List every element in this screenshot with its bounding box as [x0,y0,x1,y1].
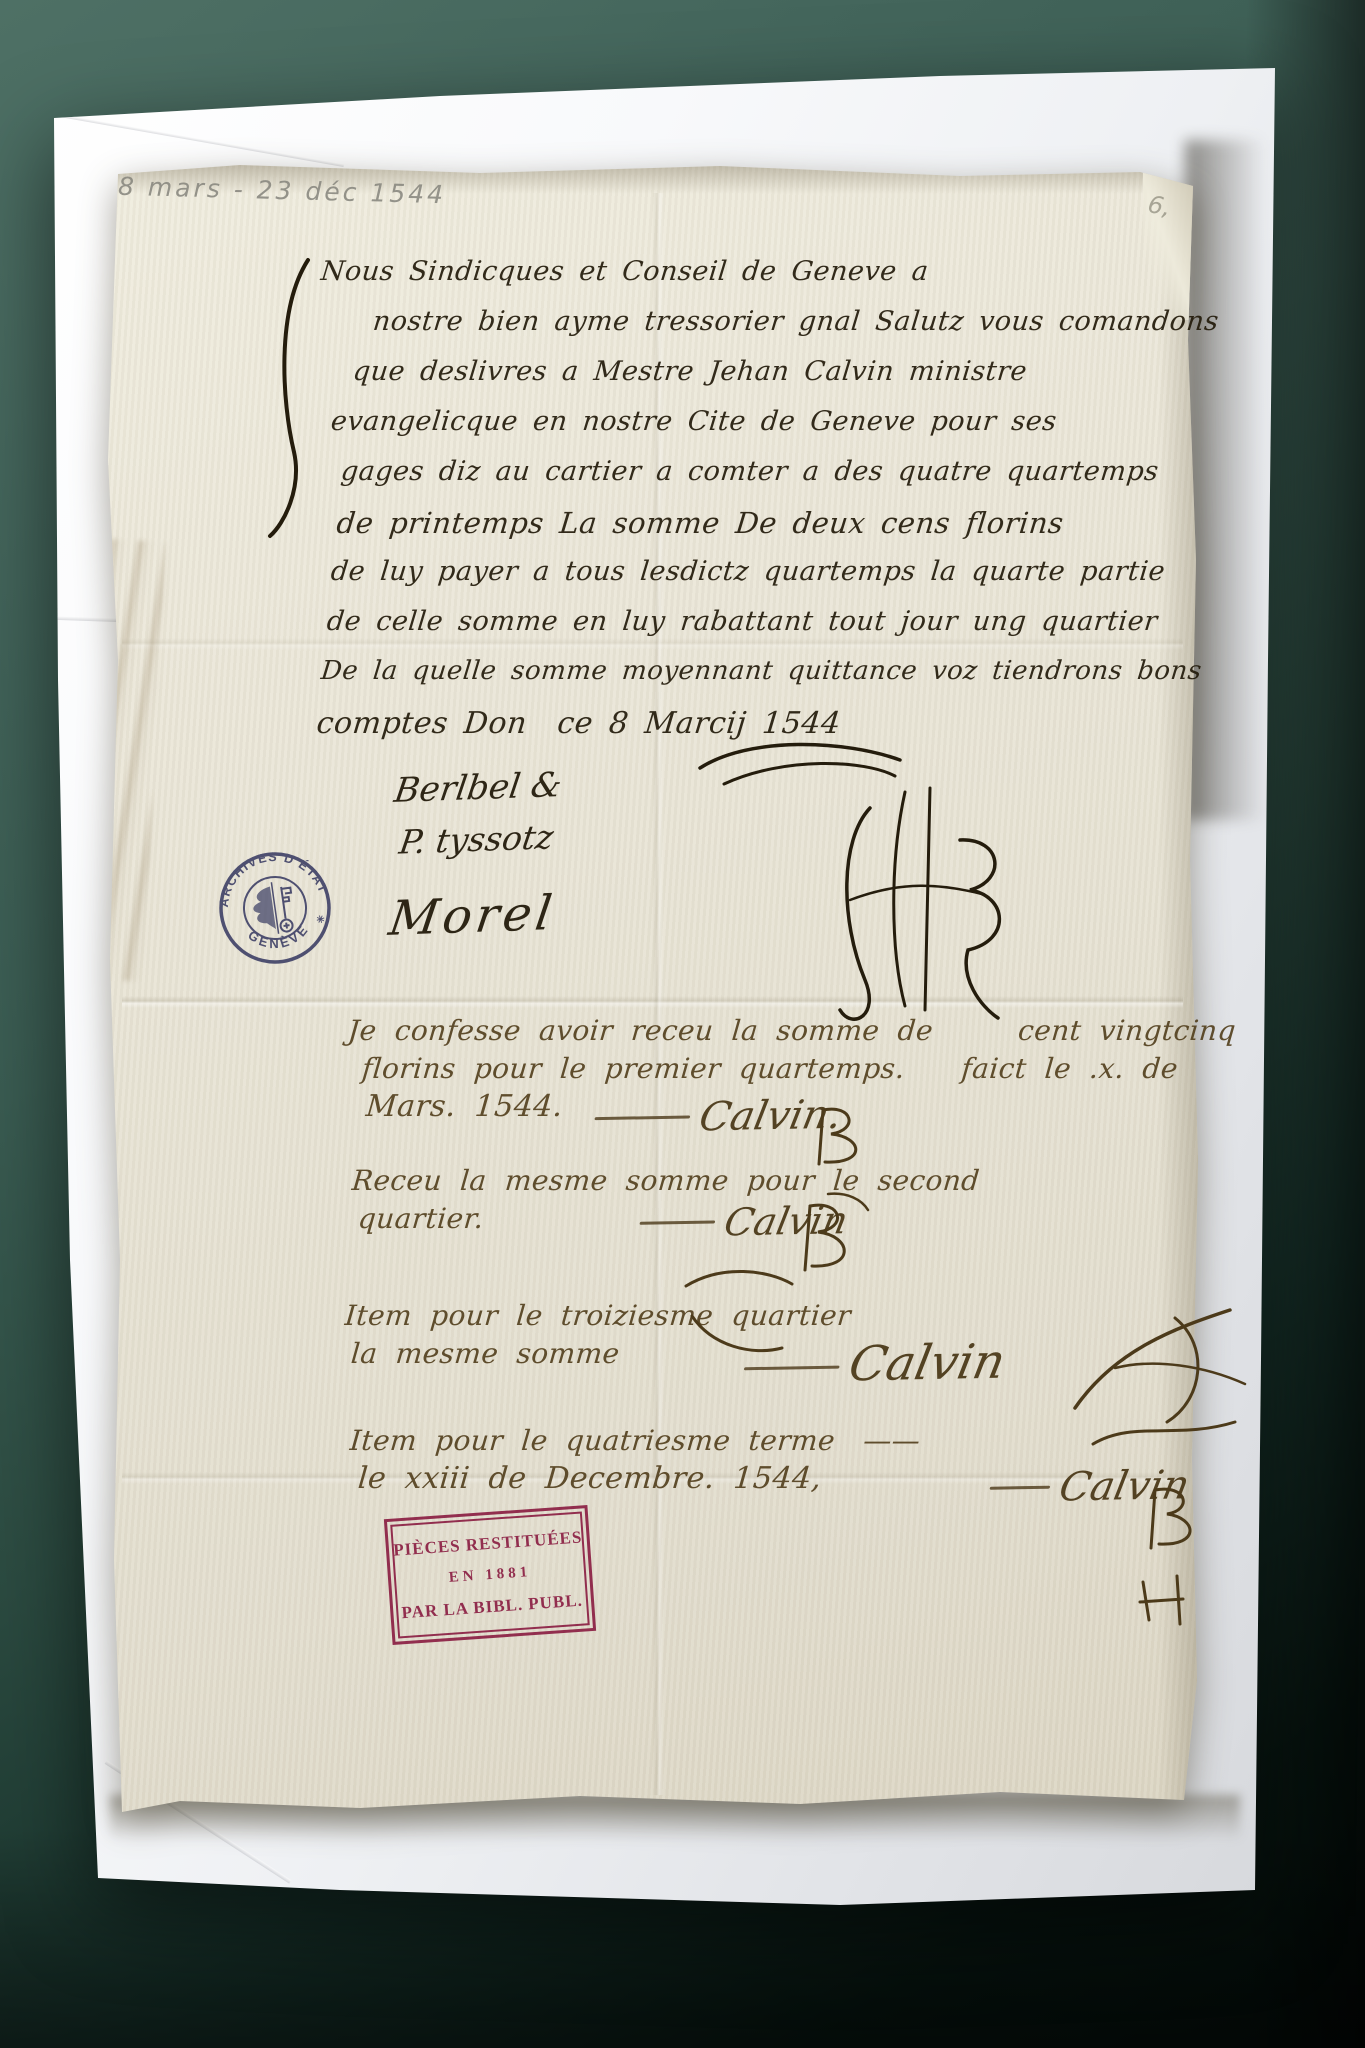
receipt-line: le xxiii de Decembre. 1544, [356,1460,922,1498]
body-line: evangelicque en nostre Cite de Geneve po… [327,406,1042,456]
photo-background: 8 mars - 23 déc 1544 6, Nous Sindicques … [0,0,1365,2048]
key-icon [275,886,296,933]
svg-text:GENÈVE: GENÈVE [244,919,315,955]
body-line-dated: comptes Don ce 8 Marcij 1544 [313,706,1042,756]
secretary-paraph [810,778,1020,1048]
receipt-line: Receu la mesme somme pour le second [350,1162,981,1200]
archive-stamp-text-bottom: GENÈVE [244,919,315,955]
geneva-coat-of-arms [250,880,296,937]
restitution-stamp-border: PIÈCES RESTITUÉES EN 1881 PAR LA BIBL. P… [390,1511,589,1638]
body-line: gages diz au cartier a comter a des quat… [337,456,1042,506]
council-signature-3: Morel [386,885,560,947]
restitution-stamp-line: EN 1881 [448,1565,531,1586]
eagle-half-icon [251,886,276,931]
council-order-text: Nous Sindicques et Conseil de Geneve a n… [300,256,1040,756]
restitution-stamp: PIÈCES RESTITUÉES EN 1881 PAR LA BIBL. P… [384,1505,596,1645]
council-signature-2: P. tyssotz [397,817,556,861]
receipt-line: florins pour le premier quartemps. faict… [360,1050,1237,1088]
body-line: que deslivres a Mestre Jehan Calvin mini… [349,356,1042,406]
body-line: de luy payer a tous lesdictz quartemps l… [327,556,1042,606]
receipt-3-flourish [672,1256,802,1366]
body-line: nostre bien ayme tressorier gnal Salutz … [369,306,1042,356]
receipt-4: Item pour le quatriesme terme —— le xxii… [350,1422,920,1498]
body-line: de printemps La somme De deux cens flori… [333,506,1042,556]
council-signature-1: Berlbel & [392,765,565,811]
receipt-line: Je confesse avoir receu la somme de cent… [346,1012,1237,1050]
restitution-stamp-line: PAR LA BIBL. PUBL. [401,1591,583,1621]
body-line: De la quelle somme moyennant quittance v… [317,656,1042,706]
archive-round-stamp: ARCHIVES D'ÉTAT GENÈVE ✳ [207,840,343,976]
receipt-line: Item pour le quatriesme terme —— [348,1422,922,1460]
body-line: Nous Sindicques et Conseil de Geneve a [317,256,1042,306]
calvin-paraph-4 [1085,1412,1255,1632]
restitution-stamp-line: PIÈCES RESTITUÉES [393,1529,583,1559]
body-line: de celle somme en luy rabattant tout jou… [323,606,1042,656]
